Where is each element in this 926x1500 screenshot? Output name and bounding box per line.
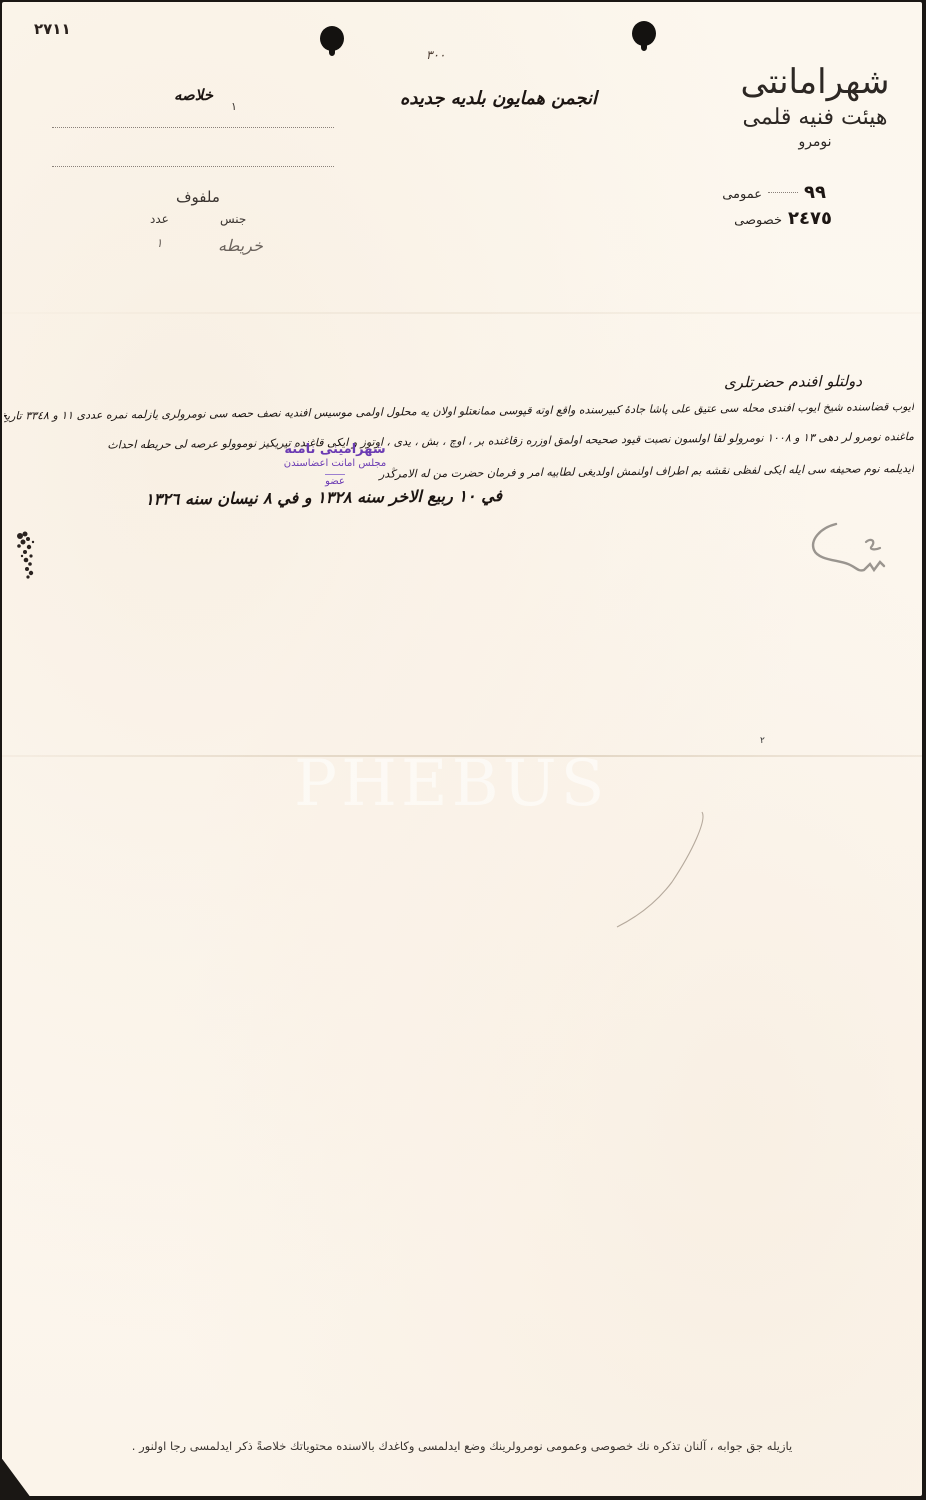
kind-label: جنس — [220, 212, 246, 226]
punch-hole — [320, 26, 344, 51]
summary-dotted-line-1 — [52, 127, 334, 128]
private-number: ٢٤٧٥ — [788, 208, 832, 229]
body-line-1: ايوب قضاسنده شيخ ايوب افندى محله سى عتيق… — [4, 400, 914, 423]
general-number-row: ٩٩ عمومى — [722, 182, 826, 203]
letterhead-subtitle: هيئت فنيه قلمى — [740, 104, 890, 132]
pencil-stroke — [612, 802, 712, 932]
salutation: دولتلو افندم حضرتلرى — [724, 372, 862, 391]
summary-label: خلاصه — [174, 86, 213, 104]
official-stamp: شهرامينى نامنه مجلس امانت اعضاسندن عضو — [270, 442, 400, 488]
body-line-3: ايديلمه نوم صحيفه سى ايله ايكى لفظى نقشه… — [4, 462, 914, 485]
general-label: عمومى — [722, 187, 762, 202]
stamp-line-2: مجلس امانت اعضاسندن — [270, 458, 400, 469]
document-page: ٢٧١١ خلاصه ١ ملفوف جنس عدد خريطه ١ ۳۰۰ ا… — [2, 2, 922, 1496]
stamp-line-3: عضو — [325, 474, 345, 487]
page-mark: ٢ — [760, 736, 765, 746]
punch-hole — [632, 21, 656, 46]
watermark: PHEBUS — [294, 747, 608, 821]
enclosure-label: ملفوف — [176, 188, 220, 206]
ink-blot — [14, 530, 40, 582]
kind-value: خريطه — [218, 236, 263, 255]
letterhead-title: شهرامانتى — [740, 62, 890, 102]
paper-fold-line — [2, 755, 922, 757]
stamp-line-1: شهرامينى نامنه — [270, 442, 400, 457]
footer-instruction: يازيله جق جوابه ، آلنان تذكره نك خصوصى و… — [2, 1439, 922, 1453]
summary-index: ١ — [231, 100, 237, 113]
count-value: ١ — [156, 236, 162, 250]
date-line: في ١٠ ربيع الاخر سنه ١٣٢٨ و في ٨ نيسان س… — [145, 486, 502, 509]
general-number: ٩٩ — [804, 182, 826, 203]
general-dots — [768, 192, 798, 193]
summary-dotted-line-2 — [52, 166, 334, 167]
private-number-row: ٢٤٧٥ خصوصى — [734, 208, 832, 229]
archive-number: ٢٧١١ — [34, 20, 71, 38]
note-above-addressee: ۳۰۰ — [426, 48, 445, 62]
body-line-2: ماغنده نومرو لر دهى ١٣ و ١٠٠٨ نومرولو لق… — [4, 430, 914, 453]
count-label: عدد — [150, 212, 169, 226]
paper-fold-line — [2, 312, 922, 314]
number-label: نومرو — [740, 134, 890, 150]
addressee: انجمن همايون بلديه جديده — [400, 88, 597, 109]
private-label: خصوصى — [734, 213, 782, 228]
letterhead: شهرامانتى هيئت فنيه قلمى نومرو — [740, 62, 890, 150]
signature-icon — [808, 520, 888, 580]
